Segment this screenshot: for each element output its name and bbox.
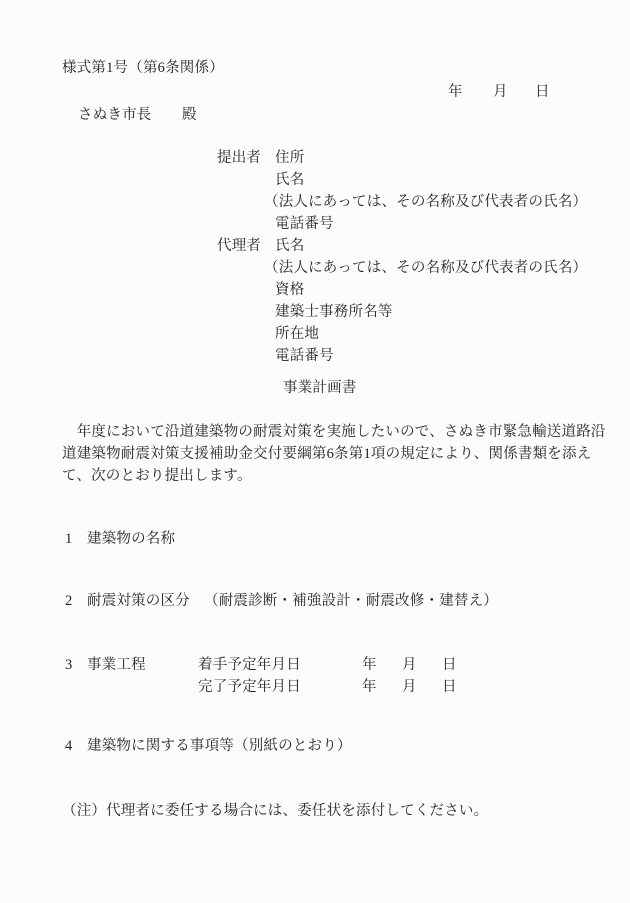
agent-name-label: 氏名 [275, 238, 304, 255]
agent-qualification-label: 資格 [275, 282, 304, 299]
item-3-start-date-label: 着手予定年月日 [198, 657, 301, 674]
document-page: 様式第1号（第6条関係） 年 月 日 さぬき市長 殿 提出者 住所 氏名 （法人… [0, 0, 630, 903]
agent-office-address-label: 所在地 [275, 326, 319, 343]
agent-phone-label: 電話番号 [275, 348, 334, 365]
agent-office-name-label: 建築士事務所名等 [275, 304, 393, 321]
submitter-role-label: 提出者 [217, 150, 261, 167]
end-month-label: 月 [402, 679, 417, 696]
agent-role-label: 代理者 [217, 238, 261, 255]
item-3-label: 事業工程 [87, 657, 146, 674]
date-day-label: 日 [535, 84, 550, 101]
submitter-name-label: 氏名 [275, 172, 304, 189]
addressee-honorific: 殿 [182, 107, 197, 124]
start-month-label: 月 [402, 657, 417, 674]
submitter-phone-label: 電話番号 [275, 216, 334, 233]
start-year-label: 年 [362, 657, 377, 674]
body-paragraph-line: 道建築物耐震対策支援補助金交付要綱第6条第1項の規定により、関係書類を添え [62, 446, 591, 463]
submitter-address-label: 住所 [275, 150, 304, 167]
item-4-number: 4 [65, 738, 72, 755]
form-number: 様式第1号（第6条関係） [62, 60, 224, 77]
end-day-label: 日 [442, 679, 457, 696]
body-paragraph-line: 年度において沿道建築物の耐震対策を実施したいので、さぬき市緊急輸送道路沿 [62, 424, 606, 441]
document-title: 事業計画書 [283, 380, 357, 397]
item-1-number: 1 [65, 531, 72, 548]
addressee-name: さぬき市長 [78, 107, 152, 124]
body-paragraph-line: て、次のとおり提出します。 [62, 468, 252, 485]
item-2-number: 2 [65, 593, 72, 610]
submitter-corporate-note: （法人にあっては、その名称及び代表者の氏名） [264, 194, 587, 211]
agent-corporate-note: （法人にあっては、その名称及び代表者の氏名） [264, 260, 587, 277]
item-4-label: 建築物に関する事項等（別紙のとおり） [87, 738, 352, 755]
item-2-options: （耐震診断・補強設計・耐震改修・建替え） [204, 593, 498, 610]
item-2-label: 耐震対策の区分 [87, 593, 190, 610]
date-year-label: 年 [448, 84, 463, 101]
item-1-label: 建築物の名称 [87, 531, 175, 548]
item-3-number: 3 [65, 657, 72, 674]
end-year-label: 年 [362, 679, 377, 696]
item-3-end-date-label: 完了予定年月日 [198, 679, 301, 696]
date-month-label: 月 [493, 84, 508, 101]
note-text: （注）代理者に委任する場合には、委任状を添付してください。 [62, 803, 488, 820]
start-day-label: 日 [442, 657, 457, 674]
